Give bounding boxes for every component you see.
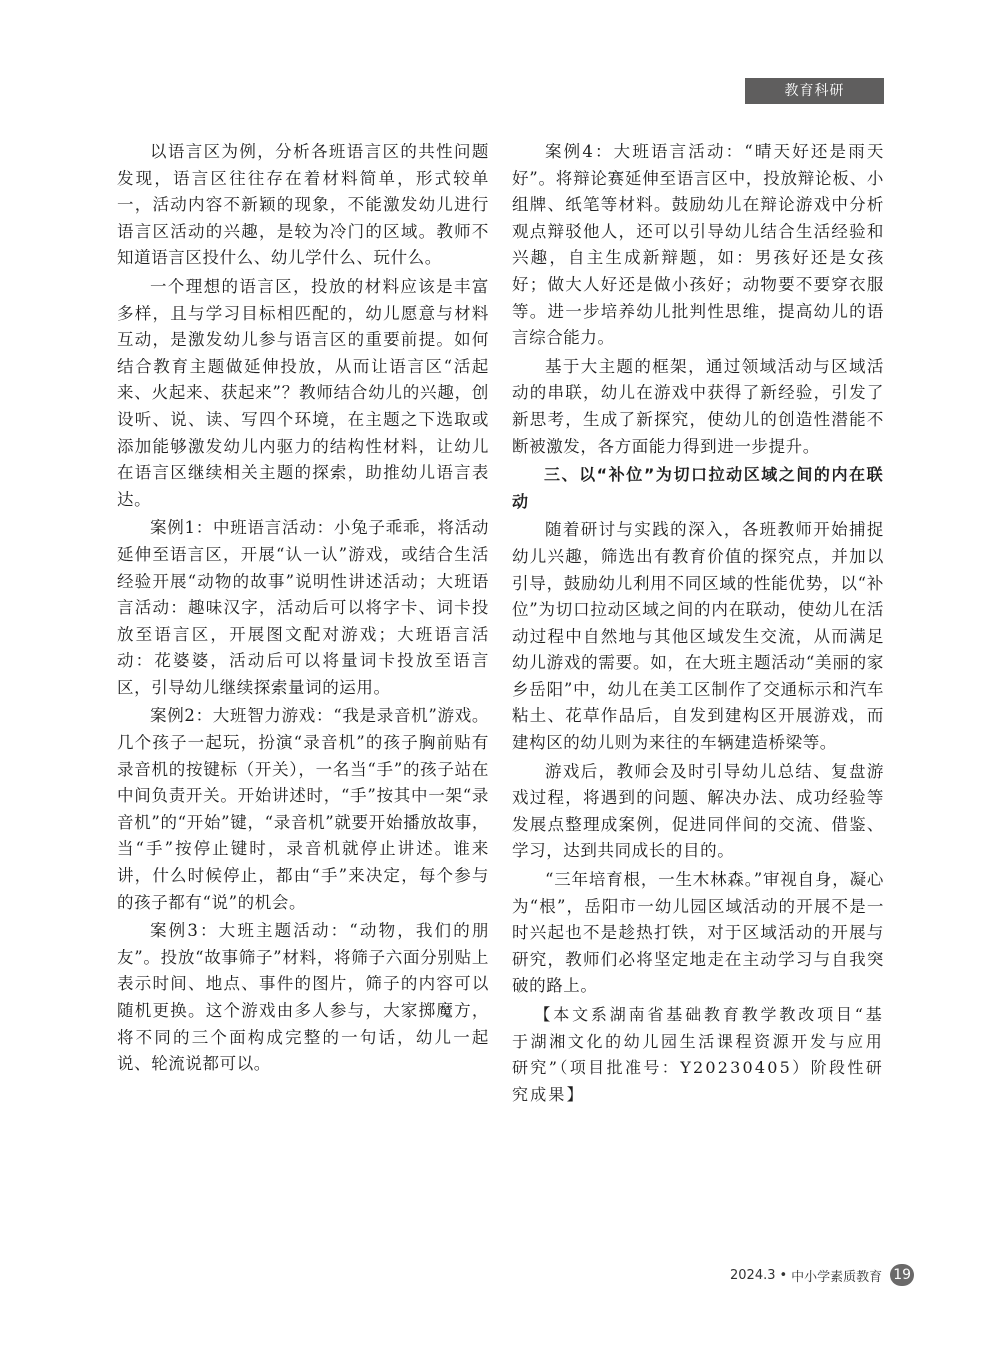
separator-dot: • xyxy=(780,1268,788,1283)
paragraph: 案例4：大班语言活动：“晴天好还是雨天好”。将辩论赛延伸至语言区中，投放辩论板、… xyxy=(512,139,884,352)
section-tag: 教育科研 xyxy=(745,78,884,104)
paragraph: 案例3：大班主题活动：“动物，我们的朋友”。投放“故事筛子”材料，将筛子六面分别… xyxy=(117,918,489,1078)
funding-note: 【本文系湖南省基础教育教学教改项目“基于湖湘文化的幼儿园生活课程资源开发与应用研… xyxy=(512,1002,884,1108)
paragraph: “三年培育根，一生木林森。”审视自身，凝心为“根”，岳阳市一幼儿园区域活动的开展… xyxy=(512,867,884,1000)
paragraph: 基于大主题的框架，通过领域活动与区域活动的串联，幼儿在游戏中获得了新经验，引发了… xyxy=(512,354,884,460)
paragraph: 以语言区为例，分析各班语言区的共性问题发现，语言区往往存在着材料简单，形式较单一… xyxy=(117,139,489,272)
paragraph: 随着研讨与实践的深入，各班教师开始捕捉幼儿兴趣，筛选出有教育价值的探究点，并加以… xyxy=(512,517,884,756)
left-column: 以语言区为例，分析各班语言区的共性问题发现，语言区往往存在着材料简单，形式较单一… xyxy=(117,139,489,1080)
issue-label: 2024.3 xyxy=(730,1268,776,1283)
page-number-badge: 19 xyxy=(890,1264,914,1286)
paragraph: 一个理想的语言区，投放的材料应该是丰富多样，且与学习目标相匹配的，幼儿愿意与材料… xyxy=(117,274,489,513)
section-heading: 三、以“补位”为切口拉动区域之间的内在联动 xyxy=(512,462,884,515)
page-footer: 2024.3 • 中小学素质教育 19 xyxy=(730,1263,914,1287)
paragraph: 游戏后，教师会及时引导幼儿总结、复盘游戏过程，将遇到的问题、解决办法、成功经验等… xyxy=(512,759,884,865)
journal-name: 中小学素质教育 xyxy=(791,1266,882,1285)
paragraph: 案例1：中班语言活动：小兔子乖乖，将活动延伸至语言区，开展“认一认”游戏，或结合… xyxy=(117,515,489,701)
paragraph: 案例2：大班智力游戏：“我是录音机”游戏。几个孩子一起玩，扮演“录音机”的孩子胸… xyxy=(117,703,489,916)
right-column: 案例4：大班语言活动：“晴天好还是雨天好”。将辩论赛延伸至语言区中，投放辩论板、… xyxy=(512,139,884,1108)
